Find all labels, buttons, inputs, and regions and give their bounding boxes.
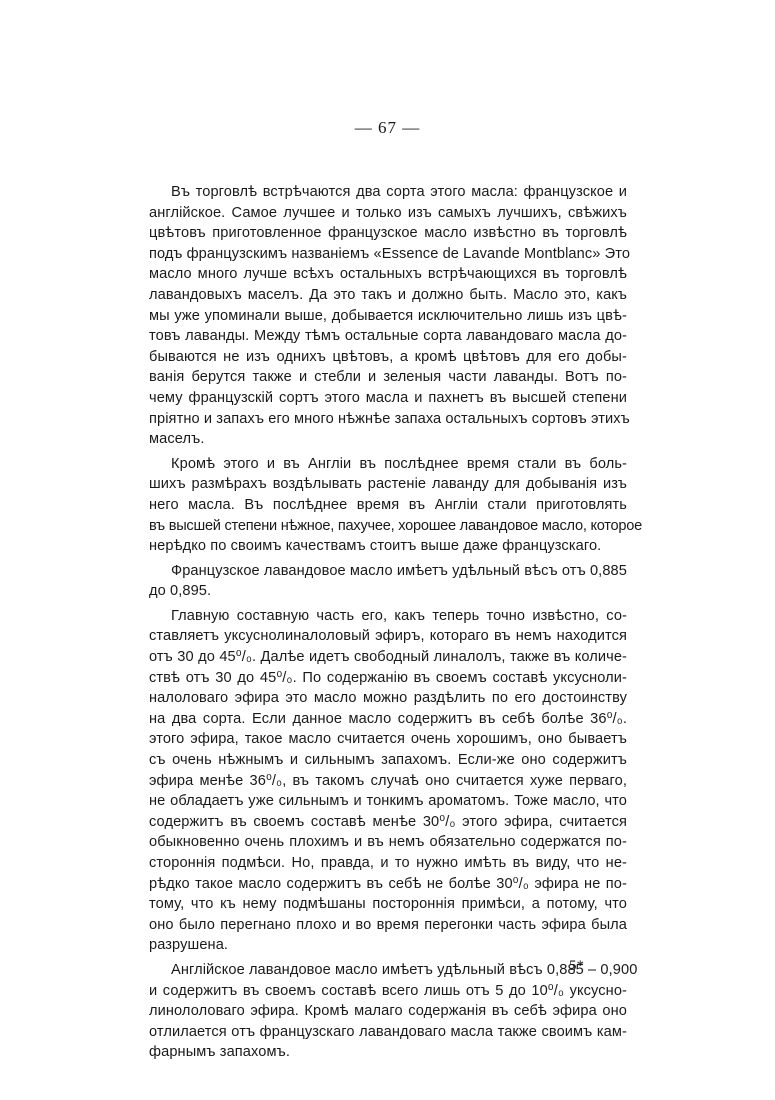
text-line: англійское. Самое лучшее и только изъ са… (149, 203, 627, 224)
text-line: разрушена. (149, 935, 627, 956)
text-line: этого эфира, такое масло считается очень… (149, 729, 627, 750)
text-line: товъ лаванды. Между тѣмъ остальные сорта… (149, 326, 627, 347)
body-text: Въ торговлѣ встрѣчаются два сорта этого … (149, 182, 627, 1063)
text-line: Кромѣ этого и въ Англіи въ послѣднее вре… (149, 454, 627, 475)
text-line: съ очень нѣжнымъ и сильнымъ запахомъ. Ес… (149, 750, 627, 771)
text-line: налоловаго эфира это масло можно раздѣли… (149, 688, 627, 709)
text-line: обыкновенно очень плохимъ и въ немъ обяз… (149, 832, 627, 853)
text-line: въ высшей степени нѣжное, пахучее, хорош… (149, 516, 627, 537)
text-line: шихъ размѣрахъ воздѣлывать растеніе лава… (149, 474, 627, 495)
text-line: отлилается отъ французскаго лавандоваго … (149, 1022, 627, 1043)
text-line: стороннія подмѣси. Но, правда, и то нужн… (149, 853, 627, 874)
text-line: отъ 30 до 45⁰/₀. Далѣе идетъ свободный л… (149, 647, 627, 668)
text-line: оно было перегнано плохо и во время пере… (149, 915, 627, 936)
text-line: содержитъ въ своемъ составѣ менѣе 30⁰/₀ … (149, 812, 627, 833)
text-line: ванія берутся также и стебли и зеленыя ч… (149, 367, 627, 388)
text-line: линололоваго эфира. Кромѣ малаго содержа… (149, 1001, 627, 1022)
text-line: тому, что къ нему подмѣшаны постороннія … (149, 894, 627, 915)
text-line: нерѣдко по своимъ качествамъ стоитъ выше… (149, 536, 627, 557)
text-line: бываются не изъ однихъ цвѣтовъ, а кромѣ … (149, 347, 627, 368)
paragraph-composition: Главную составную часть его, какъ теперь… (149, 606, 627, 956)
text-line: Главную составную часть его, какъ теперь… (149, 606, 627, 627)
text-line: ствѣ отъ 30 до 45⁰/₀. По содержанію въ с… (149, 668, 627, 689)
text-line: Французское лавандовое масло имѣетъ удѣл… (149, 561, 627, 582)
text-line: на два сорта. Если данное масло содержит… (149, 709, 627, 730)
text-line: лавандовыхъ маселъ. Да это такъ и должно… (149, 285, 627, 306)
text-line: цвѣтовъ приготовленное французское масло… (149, 223, 627, 244)
text-line: не обладаетъ уже сильнымъ и тонкимъ аром… (149, 791, 627, 812)
text-line: и содержитъ въ своемъ составѣ всего лишь… (149, 981, 627, 1002)
text-line: фарнымъ запахомъ. (149, 1042, 627, 1063)
text-line: него масла. Въ послѣднее время въ Англіи… (149, 495, 627, 516)
text-line: пріятно и запахъ его много нѣжнѣе запаха… (149, 409, 627, 430)
paragraph-england-cultivation: Кромѣ этого и въ Англіи въ послѣднее вре… (149, 454, 627, 557)
text-line: Въ торговлѣ встрѣчаются два сорта этого … (149, 182, 627, 203)
text-line: Англійское лавандовое масло имѣетъ удѣль… (149, 960, 627, 981)
text-line: маселъ. (149, 429, 627, 450)
paragraph-french-english-sorts: Въ торговлѣ встрѣчаются два сорта этого … (149, 182, 627, 450)
text-line: эфира менѣе 36⁰/₀, въ такомъ случаѣ оно … (149, 771, 627, 792)
text-line: до 0,895. (149, 581, 627, 602)
page-number: — 67 — (0, 118, 775, 138)
text-line: масло много лучше всѣхъ остальныхъ встрѣ… (149, 264, 627, 285)
paragraph-english-oil: Англійское лавандовое масло имѣетъ удѣль… (149, 960, 627, 1063)
signature-mark: 5* (569, 958, 584, 975)
text-line: чему французскій сортъ этого масла и пах… (149, 388, 627, 409)
paragraph-french-density: Французское лавандовое масло имѣетъ удѣл… (149, 561, 627, 602)
text-line: ставляетъ уксуснолиналоловый эфиръ, кото… (149, 626, 627, 647)
text-line: мы уже упоминали выше, добывается исключ… (149, 306, 627, 327)
text-line: подъ французскимъ названіемъ «Essence de… (149, 244, 627, 265)
text-line: рѣдко такое масло содержитъ въ себѣ не б… (149, 874, 627, 895)
